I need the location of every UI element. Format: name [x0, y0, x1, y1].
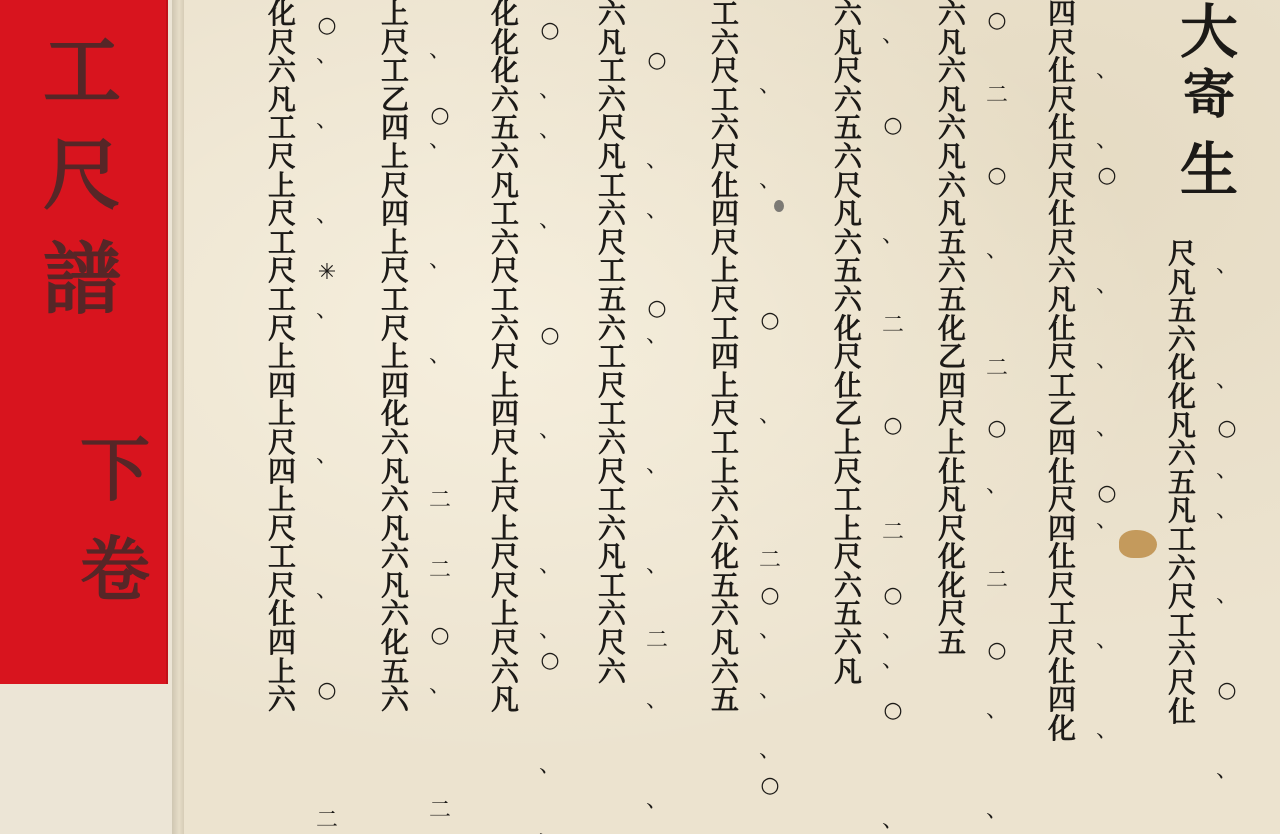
notation-column: 六凡六凡六凡六凡五六五化乙四尺上仩凡尺化化尺五 [929, 0, 975, 658]
note-symbol: 化 [938, 315, 966, 344]
note-symbol: 仩 [1168, 698, 1196, 727]
note-symbol: 化 [491, 57, 519, 86]
note-symbol: 尺 [938, 600, 966, 629]
note-symbol: 上 [711, 458, 739, 487]
note-symbol: 凡 [938, 86, 966, 115]
note-symbol: 尺 [268, 29, 296, 58]
note-symbol: 六 [711, 29, 739, 58]
rhythm-mark: 、 [1212, 760, 1242, 782]
note-symbol: 尺 [268, 572, 296, 601]
note-symbol: 上 [491, 600, 519, 629]
rhythm-mark: ✳ [312, 262, 342, 284]
rhythm-mark: ○ [535, 325, 565, 347]
rhythm-mark: 、 [755, 620, 785, 642]
note-symbol: 凡 [491, 686, 519, 715]
note-symbol: 尺 [268, 143, 296, 172]
rhythm-mark: 、 [312, 45, 342, 67]
note-symbol: 工 [268, 229, 296, 258]
note-symbol: 六 [491, 229, 519, 258]
volume-char: 下 [70, 420, 160, 520]
rhythm-mark: 、 [642, 555, 672, 577]
rhythm-marks: 、○、、、二二○、二 [425, 0, 455, 834]
note-symbol: 六 [1168, 555, 1196, 584]
note-symbol: 五 [938, 629, 966, 658]
note-symbol: 凡 [381, 572, 409, 601]
rhythm-mark: 、 [642, 325, 672, 347]
note-symbol: 尺 [268, 200, 296, 229]
note-symbol: 六 [711, 658, 739, 687]
note-symbol: 工 [711, 86, 739, 115]
rhythm-mark: 、 [1092, 350, 1122, 372]
book-cover: 工 尺 譜 下 卷 [0, 0, 180, 834]
note-symbol: 工 [598, 257, 626, 286]
note-symbol: 仩 [1048, 543, 1076, 572]
note-symbol: 五 [1168, 469, 1196, 498]
rhythm-mark: 、 [535, 620, 565, 642]
rhythm-marks: 、○、二○二○、、○、 [878, 0, 908, 834]
rhythm-mark: 二 [425, 490, 455, 512]
rhythm-mark: 、 [1212, 460, 1242, 482]
rhythm-mark: 、 [535, 755, 565, 777]
note-symbol: 上 [268, 400, 296, 429]
rhythm-mark: 、 [312, 445, 342, 467]
rhythm-mark: 、 [878, 810, 908, 832]
note-symbol: 四 [381, 114, 409, 143]
note-symbol: 六 [711, 600, 739, 629]
note-symbol: 尺 [938, 515, 966, 544]
note-symbol: 尺 [598, 629, 626, 658]
rhythm-marks: ○、、、✳、、、○二 [312, 0, 342, 834]
note-symbol: 尺 [491, 429, 519, 458]
note-symbol: 尺 [1048, 629, 1076, 658]
note-symbol: 六 [1168, 440, 1196, 469]
rhythm-mark: 、 [642, 690, 672, 712]
note-symbol: 尺 [834, 343, 862, 372]
note-symbol: 四 [938, 372, 966, 401]
note-symbol: 尺 [598, 458, 626, 487]
rhythm-mark: ○ [878, 415, 908, 437]
note-symbol: 尺 [1168, 583, 1196, 612]
note-symbol: 尺 [711, 143, 739, 172]
rhythm-mark: 、 [982, 700, 1012, 722]
rhythm-mark: 二 [425, 800, 455, 822]
rhythm-mark: 二 [982, 358, 1012, 380]
rhythm-mark: ○ [642, 298, 672, 320]
note-symbol: 五 [491, 114, 519, 143]
note-symbol: 四 [491, 400, 519, 429]
rhythm-mark: 、 [642, 200, 672, 222]
note-symbol: 仩 [268, 600, 296, 629]
note-symbol: 尺 [598, 229, 626, 258]
note-symbol: 六 [491, 658, 519, 687]
note-symbol: 四 [1048, 0, 1076, 29]
note-symbol: 工 [1168, 612, 1196, 641]
note-symbol: 尺 [491, 543, 519, 572]
rhythm-mark: 、 [642, 150, 672, 172]
note-symbol: 六 [381, 429, 409, 458]
note-symbol: 仩 [1048, 658, 1076, 687]
note-symbol: 四 [1048, 429, 1076, 458]
note-symbol: 六 [268, 686, 296, 715]
title-slip: 工 尺 譜 下 卷 [0, 0, 168, 684]
book-title: 工 尺 譜 [22, 20, 142, 332]
note-symbol: 六 [381, 600, 409, 629]
note-symbol: 凡 [938, 29, 966, 58]
note-symbol: 四 [1048, 686, 1076, 715]
note-symbol: 凡 [381, 515, 409, 544]
note-symbol: 上 [834, 429, 862, 458]
note-symbol: 五 [1168, 297, 1196, 326]
note-symbol: 化 [1168, 354, 1196, 383]
rhythm-mark: 、 [1092, 130, 1122, 152]
notation-column: 化尺六凡工尺上尺工尺工尺上四上尺四上尺工尺仩四上六 [259, 0, 305, 715]
note-symbol: 尺 [268, 515, 296, 544]
note-symbol: 六 [598, 600, 626, 629]
rhythm-mark: 、 [642, 455, 672, 477]
rhythm-mark: ○ [1092, 165, 1122, 187]
note-symbol: 凡 [491, 172, 519, 201]
note-symbol: 上 [381, 343, 409, 372]
note-symbol: 凡 [938, 143, 966, 172]
rhythm-mark: 二 [878, 315, 908, 337]
note-symbol: 六 [598, 658, 626, 687]
rhythm-mark: ○ [878, 115, 908, 137]
rhythm-mark: ○ [878, 700, 908, 722]
rhythm-mark: 、 [878, 225, 908, 247]
note-symbol: 化 [491, 29, 519, 58]
note-symbol: 尺 [1048, 486, 1076, 515]
note-symbol: 工 [598, 400, 626, 429]
rhythm-mark: 、 [982, 800, 1012, 822]
note-symbol: 尺 [834, 57, 862, 86]
note-symbol: 尺 [834, 458, 862, 487]
note-symbol: 仩 [1048, 315, 1076, 344]
note-symbol: 六 [834, 86, 862, 115]
note-symbol: 五 [381, 658, 409, 687]
rhythm-mark: 、 [1212, 370, 1242, 392]
paper-stain [1119, 530, 1157, 558]
notation-column: 尺凡五六化化凡六五凡工六尺工六尺仩 [1159, 240, 1205, 726]
note-symbol: 尺 [1048, 29, 1076, 58]
rhythm-marks: 、、○、、、○、、、 [1092, 0, 1122, 834]
note-symbol: 凡 [834, 200, 862, 229]
note-symbol: 尺 [711, 286, 739, 315]
note-symbol: 工 [1168, 526, 1196, 555]
note-symbol: 凡 [938, 200, 966, 229]
note-symbol: 六 [598, 515, 626, 544]
note-symbol: 工 [381, 286, 409, 315]
note-symbol: 工 [711, 315, 739, 344]
note-symbol: 六 [1048, 257, 1076, 286]
note-symbol: 凡 [834, 658, 862, 687]
note-symbol: 四 [381, 200, 409, 229]
note-symbol: 工 [598, 572, 626, 601]
rhythm-mark: ○ [982, 640, 1012, 662]
note-symbol: 六 [834, 143, 862, 172]
note-symbol: 仩 [1048, 57, 1076, 86]
note-symbol: 六 [1168, 640, 1196, 669]
note-symbol: 尺 [491, 486, 519, 515]
rhythm-mark: 、 [642, 790, 672, 812]
note-symbol: 上 [268, 658, 296, 687]
note-symbol: 上 [381, 0, 409, 29]
note-symbol: 尺 [711, 400, 739, 429]
title-char: 譜 [22, 228, 142, 332]
rhythm-mark: 二 [642, 630, 672, 652]
note-symbol: 上 [938, 429, 966, 458]
rhythm-mark: 、 [755, 75, 785, 97]
note-symbol: 五 [834, 600, 862, 629]
note-symbol: 四 [268, 629, 296, 658]
note-symbol: 化 [1168, 383, 1196, 412]
rhythm-mark: 、 [1212, 500, 1242, 522]
note-symbol: 凡 [711, 629, 739, 658]
notation-column: 工六尺工六尺仩四尺上尺工四上尺工上六六化五六凡六五 [702, 0, 748, 715]
note-symbol: 上 [381, 143, 409, 172]
notation-column: 化化化六五六凡工六尺工六尺上四尺上尺上尺尺上尺六凡 [482, 0, 528, 715]
note-symbol: 上 [268, 343, 296, 372]
note-symbol: 六 [938, 57, 966, 86]
note-symbol: 四 [711, 200, 739, 229]
note-symbol: 五 [834, 257, 862, 286]
note-symbol: 仩 [1048, 458, 1076, 487]
note-symbol: 四 [381, 372, 409, 401]
note-symbol: 工 [711, 429, 739, 458]
note-symbol: 六 [834, 286, 862, 315]
rhythm-mark: 、 [425, 40, 455, 62]
note-symbol: 上 [491, 458, 519, 487]
note-symbol: 工 [598, 57, 626, 86]
note-symbol: 上 [268, 486, 296, 515]
note-symbol: 凡 [1048, 286, 1076, 315]
note-symbol: 五 [711, 572, 739, 601]
note-symbol: 尺 [268, 257, 296, 286]
note-symbol: 尺 [381, 172, 409, 201]
note-symbol: 尺 [598, 114, 626, 143]
note-symbol: 乙 [938, 343, 966, 372]
note-symbol: 尺 [268, 429, 296, 458]
rhythm-mark: ○ [425, 625, 455, 647]
rhythm-marks: ○、、○、、、二、、 [642, 0, 672, 834]
note-symbol: 尺 [711, 57, 739, 86]
note-symbol: 化 [834, 315, 862, 344]
note-symbol: 尺 [268, 315, 296, 344]
note-symbol: 尺 [491, 343, 519, 372]
note-symbol: 四 [268, 458, 296, 487]
note-symbol: 上 [381, 229, 409, 258]
note-symbol: 上 [711, 372, 739, 401]
rhythm-mark: 、 [982, 240, 1012, 262]
note-symbol: 五 [711, 686, 739, 715]
note-symbol: 五 [938, 286, 966, 315]
note-symbol: 六 [711, 515, 739, 544]
notation-column: 上尺工乙四上尺四上尺工尺上四化六凡六凡六凡六化五六 [372, 0, 418, 715]
note-symbol: 凡 [598, 543, 626, 572]
note-symbol: 尺 [381, 257, 409, 286]
note-symbol: 工 [711, 0, 739, 29]
note-symbol: 工 [598, 343, 626, 372]
rhythm-mark: 、 [1092, 418, 1122, 440]
note-symbol: 六 [598, 0, 626, 29]
note-symbol: 六 [598, 200, 626, 229]
rhythm-mark: 二 [878, 522, 908, 544]
note-symbol: 凡 [1168, 269, 1196, 298]
note-symbol: 六 [834, 629, 862, 658]
rhythm-mark: 、 [878, 650, 908, 672]
note-symbol: 工 [598, 172, 626, 201]
rhythm-mark: 、 [1212, 585, 1242, 607]
note-symbol: 仩 [938, 458, 966, 487]
note-symbol: 六 [834, 572, 862, 601]
note-symbol: 工 [491, 286, 519, 315]
note-symbol: 凡 [381, 458, 409, 487]
note-symbol: 尺 [1048, 343, 1076, 372]
note-symbol: 四 [711, 343, 739, 372]
rhythm-mark: 二 [982, 85, 1012, 107]
rhythm-mark: ○ [755, 310, 785, 332]
note-symbol: 尺 [598, 372, 626, 401]
note-symbol: 工 [268, 543, 296, 572]
rhythm-marks: ○二○、二○、二○、、 [982, 0, 1012, 834]
note-symbol: 化 [938, 572, 966, 601]
rhythm-mark: ○ [535, 650, 565, 672]
notation-column: 四尺仩尺仩尺尺仩尺六凡仩尺工乙四仩尺四仩尺工尺仩四化 [1039, 0, 1085, 743]
note-symbol: 工 [1048, 600, 1076, 629]
rhythm-mark: ○ [642, 50, 672, 72]
note-symbol: 尺 [1168, 240, 1196, 269]
note-symbol: 仩 [711, 172, 739, 201]
rhythm-mark: 二 [982, 570, 1012, 592]
rhythm-mark: 、 [755, 680, 785, 702]
note-symbol: 凡 [938, 486, 966, 515]
rhythm-mark: 二 [312, 810, 342, 832]
note-symbol: 六 [938, 257, 966, 286]
note-symbol: 尺 [381, 315, 409, 344]
note-symbol: 尺 [1168, 669, 1196, 698]
rhythm-marks: 、、○、二○、、、○ [755, 0, 785, 834]
note-symbol: 凡 [268, 86, 296, 115]
rhythm-mark: 、 [1092, 275, 1122, 297]
note-symbol: 尺 [1048, 143, 1076, 172]
note-symbol: 乙 [1048, 400, 1076, 429]
note-symbol: 六 [381, 543, 409, 572]
note-symbol: 六 [834, 229, 862, 258]
note-symbol: 六 [834, 0, 862, 29]
note-symbol: 工 [381, 57, 409, 86]
rhythm-mark: 、 [425, 250, 455, 272]
rhythm-mark: 、 [755, 170, 785, 192]
rhythm-mark: ○ [535, 20, 565, 42]
note-symbol: 尺 [1048, 229, 1076, 258]
rhythm-mark: 、 [755, 740, 785, 762]
note-symbol: 凡 [1168, 497, 1196, 526]
note-symbol: 上 [491, 372, 519, 401]
note-symbol: 六 [938, 172, 966, 201]
note-symbol: 工 [598, 486, 626, 515]
notation-column: 六凡工六尺凡工六尺工五六工尺工六尺工六凡工六尺六 [589, 0, 635, 686]
rhythm-mark: 、 [312, 205, 342, 227]
rhythm-mark: ○ [312, 15, 342, 37]
note-symbol: 工 [834, 486, 862, 515]
note-symbol: 工 [1048, 372, 1076, 401]
note-symbol: 凡 [598, 29, 626, 58]
rhythm-mark: 、 [1092, 630, 1122, 652]
note-symbol: 化 [381, 400, 409, 429]
note-symbol: 乙 [834, 400, 862, 429]
note-symbol: 尺 [1048, 572, 1076, 601]
note-symbol: 工 [491, 200, 519, 229]
rhythm-mark: ○ [1212, 680, 1242, 702]
note-symbol: 仩 [1048, 114, 1076, 143]
rhythm-marks: ○、、、○、、、○、、 [535, 0, 565, 834]
rhythm-mark: 、 [312, 110, 342, 132]
rhythm-mark: 、 [878, 620, 908, 642]
rhythm-mark: 、 [425, 345, 455, 367]
note-symbol: 五 [834, 114, 862, 143]
note-symbol: 化 [381, 629, 409, 658]
note-symbol: 凡 [1168, 412, 1196, 441]
note-symbol: 尺 [1048, 172, 1076, 201]
note-symbol: 上 [711, 257, 739, 286]
note-symbol: 上 [268, 172, 296, 201]
rhythm-marks: 、、○、、、○、 [1212, 0, 1242, 834]
rhythm-mark: ○ [312, 680, 342, 702]
note-symbol: 上 [491, 515, 519, 544]
note-symbol: 尺 [711, 229, 739, 258]
notation-column: 六凡尺六五六尺凡六五六化尺仩乙上尺工上尺六五六凡 [825, 0, 871, 686]
rhythm-mark: ○ [1092, 483, 1122, 505]
rhythm-mark: ○ [755, 585, 785, 607]
note-symbol: 工 [268, 286, 296, 315]
note-symbol: 六 [1168, 326, 1196, 355]
rhythm-mark: 、 [1092, 720, 1122, 742]
note-symbol: 六 [598, 429, 626, 458]
note-symbol: 仩 [834, 372, 862, 401]
rhythm-mark: 、 [1092, 60, 1122, 82]
note-symbol: 六 [938, 0, 966, 29]
volume-label: 下 卷 [70, 420, 160, 620]
rhythm-mark: ○ [878, 585, 908, 607]
note-symbol: 尺 [491, 572, 519, 601]
rhythm-mark: 、 [425, 675, 455, 697]
note-symbol: 六 [598, 86, 626, 115]
note-symbol: 尺 [938, 400, 966, 429]
rhythm-mark: 、 [535, 120, 565, 142]
note-symbol: 四 [268, 372, 296, 401]
rhythm-mark: 、 [535, 80, 565, 102]
rhythm-mark: 、 [1092, 510, 1122, 532]
note-symbol: 五 [598, 286, 626, 315]
note-symbol: 化 [1048, 715, 1076, 744]
title-char: 尺 [22, 124, 142, 228]
note-symbol: 仩 [1048, 200, 1076, 229]
title-char: 工 [22, 20, 142, 124]
rhythm-mark: ○ [982, 10, 1012, 32]
rhythm-mark: 、 [535, 420, 565, 442]
note-symbol: 五 [938, 229, 966, 258]
rhythm-mark: 二 [425, 560, 455, 582]
note-symbol: 化 [711, 543, 739, 572]
rhythm-mark: ○ [982, 165, 1012, 187]
rhythm-mark: 、 [1212, 255, 1242, 277]
note-symbol: 上 [834, 515, 862, 544]
note-symbol: 六 [491, 86, 519, 115]
note-symbol: 四 [1048, 515, 1076, 544]
rhythm-mark: 、 [312, 580, 342, 602]
rhythm-mark: 、 [878, 25, 908, 47]
note-symbol: 六 [491, 315, 519, 344]
volume-char: 卷 [70, 520, 160, 620]
